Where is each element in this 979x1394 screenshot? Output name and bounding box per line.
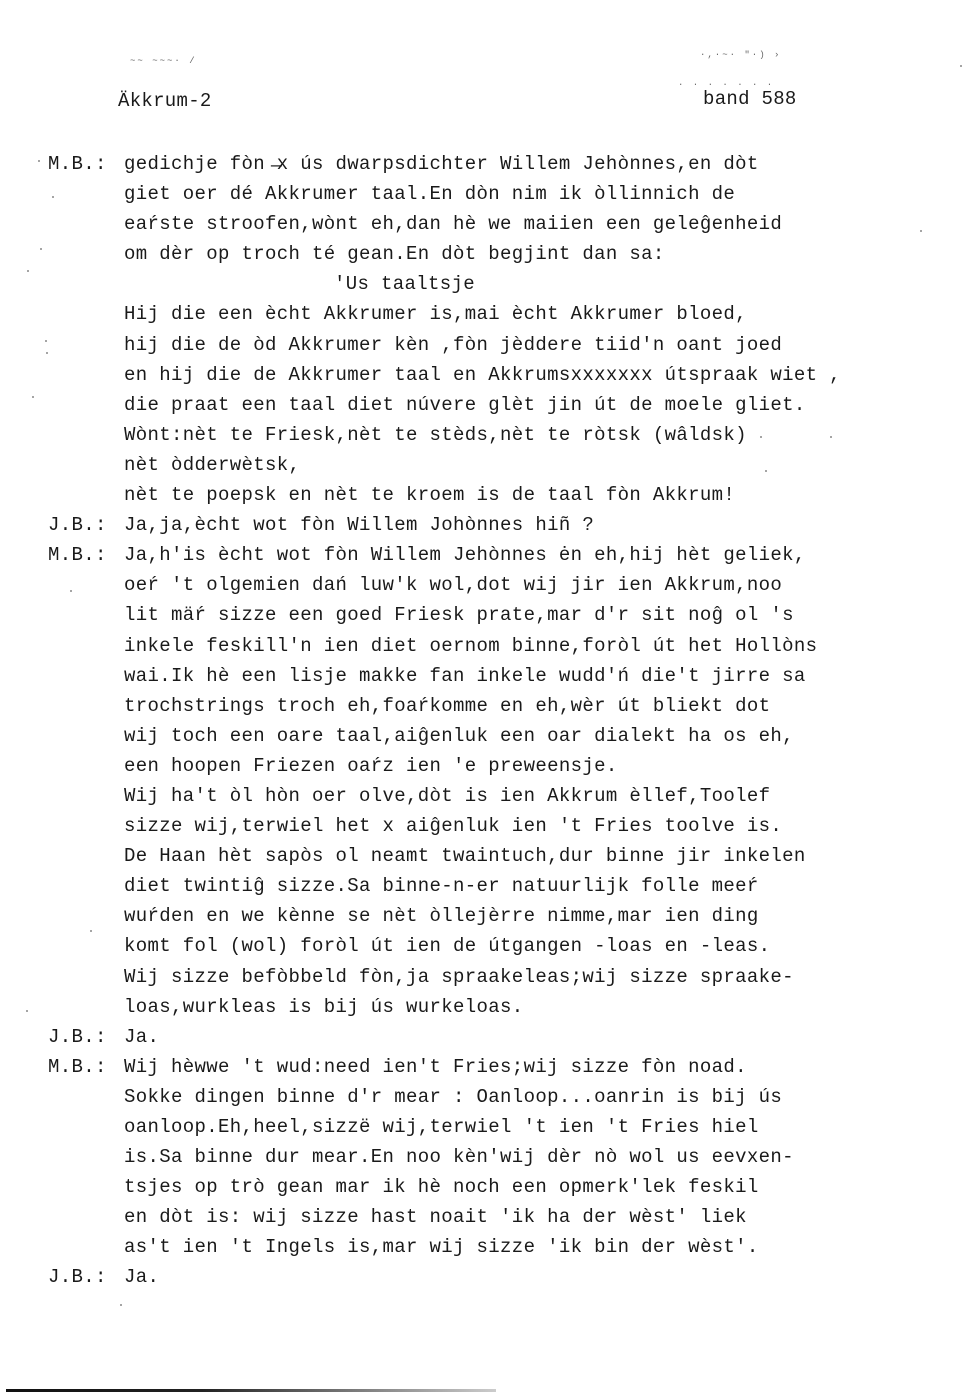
transcript-line: komt fol (wol) foròl út ien de útgangen …	[0, 931, 979, 961]
line-text: oanloop.Eh,heel,sizzë wij,terwiel 't ien…	[124, 1112, 759, 1142]
bottom-rule	[6, 1389, 496, 1392]
transcript-line: loas,wurkleas is bij ús wurkeloas.	[0, 992, 979, 1022]
transcript-line: diet twintiĝ sizze.Sa binne-n-er natuurl…	[0, 871, 979, 901]
paper-speck	[765, 470, 767, 472]
line-text: om dèr op troch té gean.En dòt begjint d…	[124, 239, 665, 269]
paper-speck	[920, 230, 922, 232]
line-text: Wij sizze befòbbeld fòn,ja spraakeleas;w…	[124, 962, 794, 992]
line-text: inkele feskill'n ien diet oernom binne,f…	[124, 631, 817, 661]
paper-speck	[120, 1304, 122, 1306]
line-text: sizze wij,terwiel het x aiĝenluk ien 't …	[124, 811, 782, 841]
line-text: lit mäŕ sizze een goed Friesk prate,mar …	[124, 600, 794, 630]
transcript-line: tsjes op trò gean mar ik hè noch een opm…	[0, 1172, 979, 1202]
line-text: diet twintiĝ sizze.Sa binne-n-er natuurl…	[124, 871, 759, 901]
line-text: een hoopen Friezen oaŕz ien 'e preweensj…	[124, 751, 618, 781]
transcript-line: en hij die de Akkrumer taal en Akkrumsxx…	[0, 360, 979, 390]
speaker-label: M.B.:	[48, 540, 107, 570]
transcript-line: Sokke dingen binne d'r mear : Oanloop...…	[0, 1082, 979, 1112]
line-text: Ja,ja,ècht wot fòn Willem Johònnes hiñ ?	[124, 510, 594, 540]
transcript-line: trochstrings troch eh,foaŕkomme en eh,wè…	[0, 691, 979, 721]
line-text: wai.Ik hè een lisje makke fan inkele wud…	[124, 661, 806, 691]
transcript-line: Wij ha't òl hòn oer olve,dòt is ien Akkr…	[0, 781, 979, 811]
transcript-line: hij die de òd Akkrumer kèn ,fòn jèddere …	[0, 330, 979, 360]
transcript-line: wai.Ik hè een lisje makke fan inkele wud…	[0, 661, 979, 691]
transcript-line: Wij sizze befòbbeld fòn,ja spraakeleas;w…	[0, 962, 979, 992]
paper-speck	[45, 340, 47, 342]
line-text: Wònt:nèt te Friesk,nèt te stèds,nèt te r…	[124, 420, 747, 450]
transcript-line: om dèr op troch té gean.En dòt begjint d…	[0, 239, 979, 269]
margin-smudge: ~~ ~~~· /	[130, 56, 197, 66]
paper-speck	[830, 436, 832, 438]
transcript-line: J.B.:Ja.	[0, 1022, 979, 1052]
transcript-line: nèt te poepsk en nèt te kroem is de taal…	[0, 480, 979, 510]
line-text: Sokke dingen binne d'r mear : Oanloop...…	[124, 1082, 782, 1112]
line-text: Wij hèwwe 't wud:need ien't Fries;wij si…	[124, 1052, 747, 1082]
typed-transcript-page: ~~ ~~~· / ·,·~· "·) › · · · · · · · Äkkr…	[0, 0, 979, 1394]
transcript-line: 'Us taaltsje	[0, 269, 979, 299]
line-text: eaŕste stroofen,wònt eh,dan hè we maiien…	[124, 209, 782, 239]
transcript-line: M.B.:Wij hèwwe 't wud:need ien't Fries;w…	[0, 1052, 979, 1082]
line-text: gedichje fòn ̶x ús dwarpsdichter Willem …	[124, 149, 759, 179]
line-text: wij toch een oare taal,aiĝenluk een oar …	[124, 721, 794, 751]
transcript-line: De Haan hèt sapòs ol neamt twaintuch,dur…	[0, 841, 979, 871]
line-text: tsjes op trò gean mar ik hè noch een opm…	[124, 1172, 759, 1202]
transcript-line: oeŕ 't olgemien dań luw'k wol,dot wij ji…	[0, 570, 979, 600]
margin-smudge: ·,·~· "·) ›	[700, 50, 781, 60]
line-text: en hij die de Akkrumer taal en Akkrumsxx…	[124, 360, 841, 390]
transcript-line: een hoopen Friezen oaŕz ien 'e preweensj…	[0, 751, 979, 781]
tape-number: band 588	[703, 88, 797, 110]
paper-speck	[40, 248, 42, 250]
line-text: Ja.	[124, 1022, 159, 1052]
line-text: hij die de òd Akkrumer kèn ,fòn jèddere …	[124, 330, 782, 360]
transcript-line: lit mäŕ sizze een goed Friesk prate,mar …	[0, 600, 979, 630]
transcript-line: wij toch een oare taal,aiĝenluk een oar …	[0, 721, 979, 751]
transcript-line: as't ien 't Ingels is,mar wij sizze 'ik …	[0, 1232, 979, 1262]
transcript-line: sizze wij,terwiel het x aiĝenluk ien 't …	[0, 811, 979, 841]
speaker-label: J.B.:	[48, 510, 107, 540]
paper-speck	[960, 65, 962, 67]
line-text: die praat een taal diet núvere glèt jin …	[124, 390, 806, 420]
line-text: nèt te poepsk en nèt te kroem is de taal…	[124, 480, 735, 510]
paper-speck	[760, 436, 762, 438]
transcript-line: Wònt:nèt te Friesk,nèt te stèds,nèt te r…	[0, 420, 979, 450]
line-text: en dòt is: wij sizze hast noait 'ik ha d…	[124, 1202, 747, 1232]
poem-title: 'Us taaltsje	[334, 269, 475, 299]
line-text: Ja,h'is ècht wot fòn Willem Jehònnes ėn …	[124, 540, 806, 570]
line-text: is.Sa binne dur mear.En noo kèn'wij dèr …	[124, 1142, 794, 1172]
line-text: as't ien 't Ingels is,mar wij sizze 'ik …	[124, 1232, 759, 1262]
speaker-label: J.B.:	[48, 1262, 107, 1292]
speaker-label: M.B.:	[48, 149, 107, 179]
transcript-line: en dòt is: wij sizze hast noait 'ik ha d…	[0, 1202, 979, 1232]
paper-speck	[90, 930, 92, 932]
transcript-body: M.B.:gedichje fòn ̶x ús dwarpsdichter Wi…	[0, 149, 979, 1293]
line-text: Hij die een ècht Akkrumer is,mai ècht Ak…	[124, 299, 747, 329]
line-text: giet oer dé Akkrumer taal.En dòn nim ik …	[124, 179, 735, 209]
line-text: Ja.	[124, 1262, 159, 1292]
line-text: trochstrings troch eh,foaŕkomme en eh,wè…	[124, 691, 770, 721]
transcript-line: die praat een taal diet núvere glèt jin …	[0, 390, 979, 420]
paper-speck	[70, 590, 72, 592]
transcript-line: oanloop.Eh,heel,sizzë wij,terwiel 't ien…	[0, 1112, 979, 1142]
paper-speck	[38, 160, 40, 162]
line-text: komt fol (wol) foròl út ien de útgangen …	[124, 931, 770, 961]
paper-speck	[52, 196, 54, 198]
paper-speck	[46, 352, 48, 354]
line-text: De Haan hèt sapòs ol neamt twaintuch,dur…	[124, 841, 806, 871]
line-text: Wij ha't òl hòn oer olve,dòt is ien Akkr…	[124, 781, 770, 811]
line-text: oeŕ 't olgemien dań luw'k wol,dot wij ji…	[124, 570, 782, 600]
paper-speck	[26, 1010, 28, 1012]
transcript-line: giet oer dé Akkrumer taal.En dòn nim ik …	[0, 179, 979, 209]
transcript-line: inkele feskill'n ien diet oernom binne,f…	[0, 631, 979, 661]
transcript-line: J.B.:Ja.	[0, 1262, 979, 1292]
paper-speck	[27, 270, 29, 272]
page-title: Äkkrum-2	[118, 90, 212, 112]
transcript-line: J.B.:Ja,ja,ècht wot fòn Willem Johònnes …	[0, 510, 979, 540]
line-text: nèt òdderwètsk,	[124, 450, 300, 480]
line-text: loas,wurkleas is bij ús wurkeloas.	[124, 992, 524, 1022]
transcript-line: M.B.:gedichje fòn ̶x ús dwarpsdichter Wi…	[0, 149, 979, 179]
transcript-line: nèt òdderwètsk,	[0, 450, 979, 480]
transcript-line: eaŕste stroofen,wònt eh,dan hè we maiien…	[0, 209, 979, 239]
transcript-line: is.Sa binne dur mear.En noo kèn'wij dèr …	[0, 1142, 979, 1172]
transcript-line: wuŕden en we kènne se nèt òllejèrre nimm…	[0, 901, 979, 931]
transcript-line: Hij die een ècht Akkrumer is,mai ècht Ak…	[0, 299, 979, 329]
paper-speck	[32, 396, 34, 398]
transcript-line: M.B.:Ja,h'is ècht wot fòn Willem Jehònne…	[0, 540, 979, 570]
line-text: wuŕden en we kènne se nèt òllejèrre nimm…	[124, 901, 759, 931]
speaker-label: J.B.:	[48, 1022, 107, 1052]
speaker-label: M.B.:	[48, 1052, 107, 1082]
